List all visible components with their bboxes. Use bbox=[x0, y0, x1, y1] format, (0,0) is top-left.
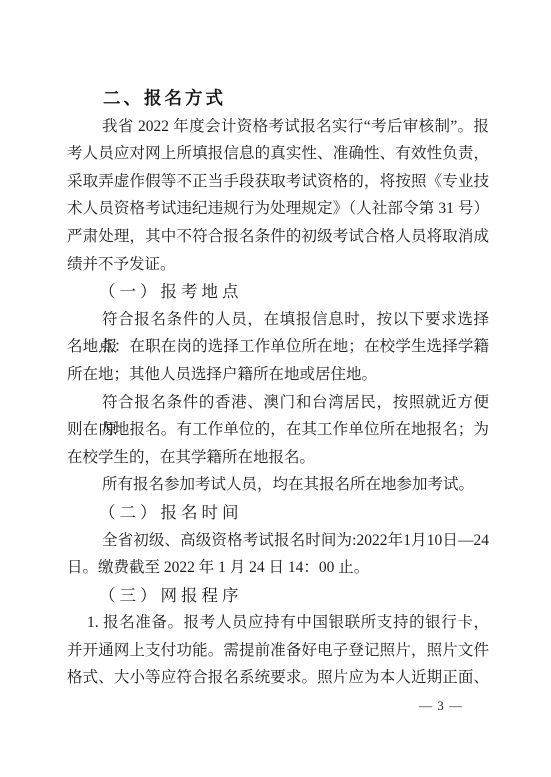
text-line: 名地点：在职在岗的选择工作单位所在地；在校学生选择学籍 bbox=[67, 333, 489, 361]
text-line: 所有报名参加考试人员，均在其报名所在地参加考试。 bbox=[67, 471, 489, 499]
text-line: 符合报名条件的香港、澳门和台湾居民，按照就近方便原 bbox=[67, 389, 489, 417]
text-line: 绩并不予发证。 bbox=[67, 251, 489, 279]
document-text: 二、报名方式我省 2022 年度会计资格考试报名实行“考后审核制”。报考人员应对… bbox=[67, 85, 489, 692]
sub-heading: （二）报名时间 bbox=[67, 499, 489, 527]
page-number: — 3 — bbox=[413, 698, 469, 714]
text-line: 格式、大小等应符合报名系统要求。照片应为本人近期正面、 bbox=[67, 664, 489, 692]
text-line: 考人员应对网上所填报信息的真实性、准确性、有效性负责， bbox=[67, 140, 489, 168]
document-page: 二、报名方式我省 2022 年度会计资格考试报名实行“考后审核制”。报考人员应对… bbox=[0, 0, 551, 777]
text-line: 符合报名条件的人员，在填报信息时，按以下要求选择报 bbox=[67, 306, 489, 334]
section-heading: 二、报名方式 bbox=[67, 85, 489, 113]
text-line: 在校学生的，在其学籍所在地报名。 bbox=[67, 444, 489, 472]
text-line: 术人员资格考试违纪违规行为处理规定》（人社部令第 31 号） bbox=[67, 195, 489, 223]
text-line: 日。缴费截至 2022 年 1 月 24 日 14：00 止。 bbox=[67, 554, 489, 582]
text-line: 严肃处理，其中不符合报名条件的初级考试合格人员将取消成 bbox=[67, 223, 489, 251]
text-line: 1. 报名准备。报考人员应持有中国银联所支持的银行卡， bbox=[67, 609, 489, 637]
text-line: 全省初级、高级资格考试报名时间为:2022年1月10日—24 bbox=[67, 527, 489, 555]
text-line: 采取弄虚作假等不正当手段获取考试资格的，将按照《专业技 bbox=[67, 168, 489, 196]
sub-heading: （一）报考地点 bbox=[67, 278, 489, 306]
text-line: 则在内地报名。有工作单位的，在其工作单位所在地报名；为 bbox=[67, 416, 489, 444]
text-line: 所在地；其他人员选择户籍所在地或居住地。 bbox=[67, 361, 489, 389]
text-line: 我省 2022 年度会计资格考试报名实行“考后审核制”。报 bbox=[67, 113, 489, 141]
sub-heading: （三）网报程序 bbox=[67, 582, 489, 610]
text-line: 并开通网上支付功能。需提前准备好电子登记照片，照片文件 bbox=[67, 637, 489, 665]
